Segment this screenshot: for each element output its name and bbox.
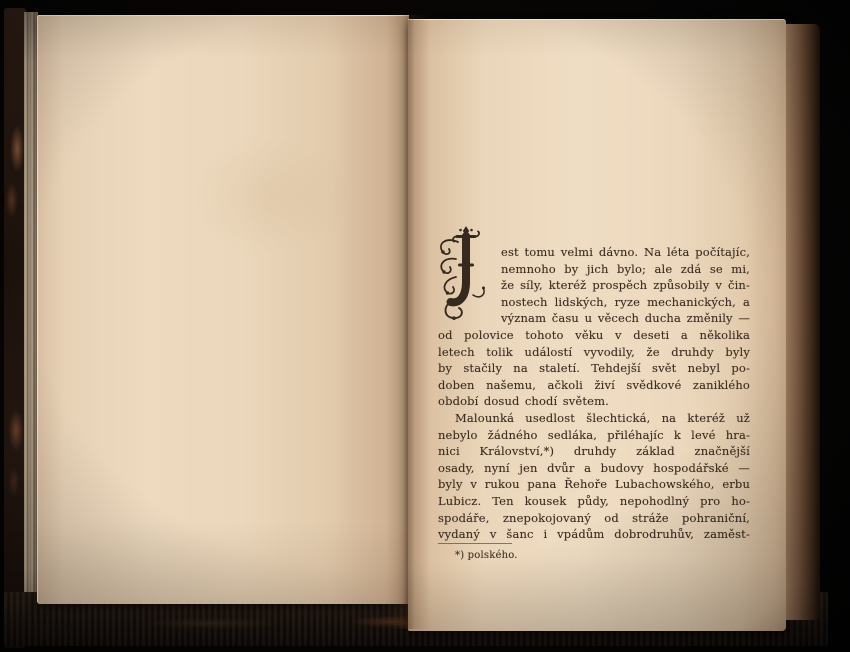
open-book-photo: est tomu velmi dávno. Na léta počítajíc,… (0, 0, 850, 652)
text-line: byly v rukou pana Řehoře Lubachowského, … (438, 476, 750, 493)
right-text-page: est tomu velmi dávno. Na léta počítajíc,… (408, 19, 786, 631)
text-line: Lubicz. Ten kousek půdy, nepohodlný pro … (438, 493, 750, 510)
text-line: est tomu velmi dávno. Na léta počítajíc, (501, 244, 750, 261)
text-line: nemnoho by jich bylo; ale zdá se mi, (501, 261, 750, 278)
text-line: vydaný v šanc i vpádům dobrodruhův, zamě… (438, 526, 750, 543)
page-text-block: est tomu velmi dávno. Na léta počítajíc,… (438, 244, 750, 543)
footnote: *) polského. (438, 543, 750, 563)
text-line: nostech lidských, ryze mechanických, a (501, 294, 750, 311)
paper-stain (188, 136, 348, 256)
left-blank-page (37, 15, 409, 604)
text-line: nici Království,*) druhdy základ značněj… (438, 443, 750, 460)
text-line: doben našemu, ačkoli živí svědkové zanik… (438, 377, 750, 394)
text-line: že síly, kteréž prospěch způsobily v čin… (501, 277, 750, 294)
text-line: spodáře, znepokojovaný od stráže pohrani… (438, 510, 750, 527)
text-line: od polovice tohoto věku v deseti a někol… (438, 327, 750, 344)
book-cover-spine (4, 8, 26, 648)
text-line: by stačily na staletí. Tehdejší svět neb… (438, 360, 750, 377)
text-line: nebylo žádného sedláka, přiléhajíc k lev… (438, 427, 750, 444)
text-line: Malounká usedlost šlechtická, na kteréž … (438, 410, 750, 427)
page-edges-stack (24, 12, 38, 644)
text-line: letech tolik událostí vyvodily, že druhd… (438, 344, 750, 361)
text-line: osady, nyní jen dvůr a budovy hospodářsk… (438, 460, 750, 477)
fore-edge-page-stack (786, 24, 820, 620)
text-line: význam času u věcech ducha změnily — (501, 310, 750, 327)
footnote-text: *) polského. (438, 549, 750, 563)
text-line: období dosud chodí světem. (438, 393, 750, 410)
footnote-separator (438, 543, 512, 544)
